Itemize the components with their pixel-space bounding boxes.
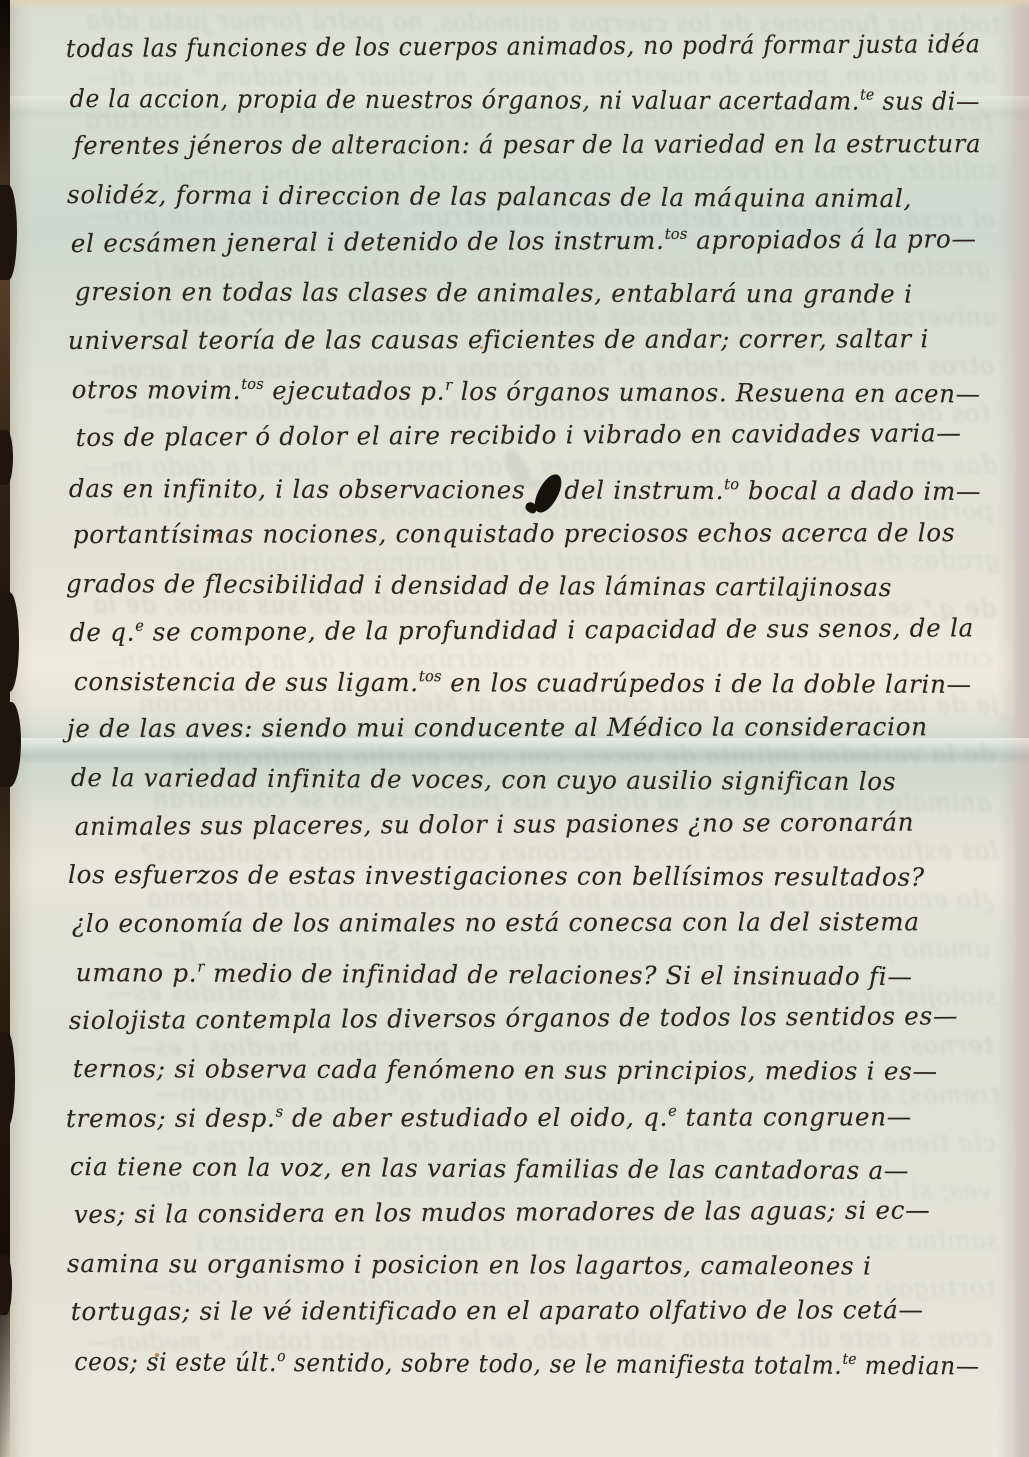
superscript-abbreviation: tos bbox=[665, 225, 688, 243]
manuscript-line: ves; si la considera en los mudos morado… bbox=[66, 1195, 981, 1248]
superscript-abbreviation: to bbox=[724, 475, 739, 493]
superscript-abbreviation: tos bbox=[419, 667, 442, 685]
manuscript-line: consistencia de sus ligam.tos en los cua… bbox=[66, 666, 981, 717]
binding-edge bbox=[0, 0, 10, 1457]
ink-blot bbox=[530, 471, 565, 518]
manuscript-line: universal teoría de las causas eficiente… bbox=[66, 324, 981, 375]
manuscript-line: je de las aves: siendo mui conducente al… bbox=[66, 712, 981, 763]
manuscript-line: de q.e se compone, de la profundidad i c… bbox=[66, 612, 982, 665]
superscript-abbreviation: e bbox=[135, 617, 144, 635]
manuscript-line: ferentes jéneros de alteracion: á pesar … bbox=[66, 129, 963, 179]
manuscript-text: todas las funciones de los cuerpos anima… bbox=[66, 34, 1000, 1395]
manuscript-line: gresion en todas las clases de animales,… bbox=[66, 277, 981, 328]
manuscript-line: todas las funciones de los cuerpos anima… bbox=[66, 29, 942, 82]
manuscript-line: siolojista contempla los diversos órgano… bbox=[66, 1001, 982, 1054]
superscript-abbreviation: tos bbox=[241, 375, 264, 393]
manuscript-line: tos de placer ó dolor el aire recibido i… bbox=[66, 418, 981, 471]
manuscript-line: tremos; si desp.s de aber estudiado el o… bbox=[66, 1101, 981, 1152]
manuscript-line: los esfuerzos de estas investigaciones c… bbox=[66, 860, 981, 911]
binding-edge-blob bbox=[0, 185, 17, 280]
binding-edge-blob bbox=[0, 1032, 15, 1127]
superscript-abbreviation: te bbox=[860, 85, 874, 103]
superscript-abbreviation: r bbox=[197, 958, 204, 976]
binding-edge-blob bbox=[0, 1255, 12, 1315]
binding-edge-blob bbox=[0, 592, 19, 692]
manuscript-line: ternos; si observa cada fenómeno en sus … bbox=[66, 1054, 981, 1105]
manuscript-line: animales sus placeres, su dolor i sus pa… bbox=[66, 807, 981, 860]
superscript-abbreviation: s bbox=[276, 1103, 284, 1121]
manuscript-line: ceos; si este últ.o sentido, sobre todo,… bbox=[66, 1346, 932, 1399]
manuscript-page: todas las funciones de los cuerpos anima… bbox=[0, 0, 1029, 1457]
superscript-abbreviation: o bbox=[277, 1347, 286, 1365]
manuscript-line: das en infinito, i las observaciones del… bbox=[66, 471, 981, 522]
manuscript-line: portantísimas nociones, conquistado prec… bbox=[66, 518, 981, 569]
superscript-abbreviation: te bbox=[842, 1350, 856, 1368]
manuscript-line: ¿lo economía de los animales no está con… bbox=[66, 907, 981, 958]
superscript-abbreviation: r bbox=[445, 376, 452, 394]
manuscript-line: de la accion, propia de nuestros órganos… bbox=[66, 83, 940, 134]
binding-edge-blob bbox=[0, 430, 13, 485]
manuscript-line: tortugas; si le vé identificado en el ap… bbox=[66, 1296, 981, 1347]
superscript-abbreviation: e bbox=[668, 1102, 677, 1120]
manuscript-line: samina su organismo i posicion en los la… bbox=[66, 1249, 981, 1300]
binding-edge-blob bbox=[0, 702, 21, 787]
manuscript-line: el ecsámen jeneral i detenido de los ins… bbox=[66, 224, 982, 277]
